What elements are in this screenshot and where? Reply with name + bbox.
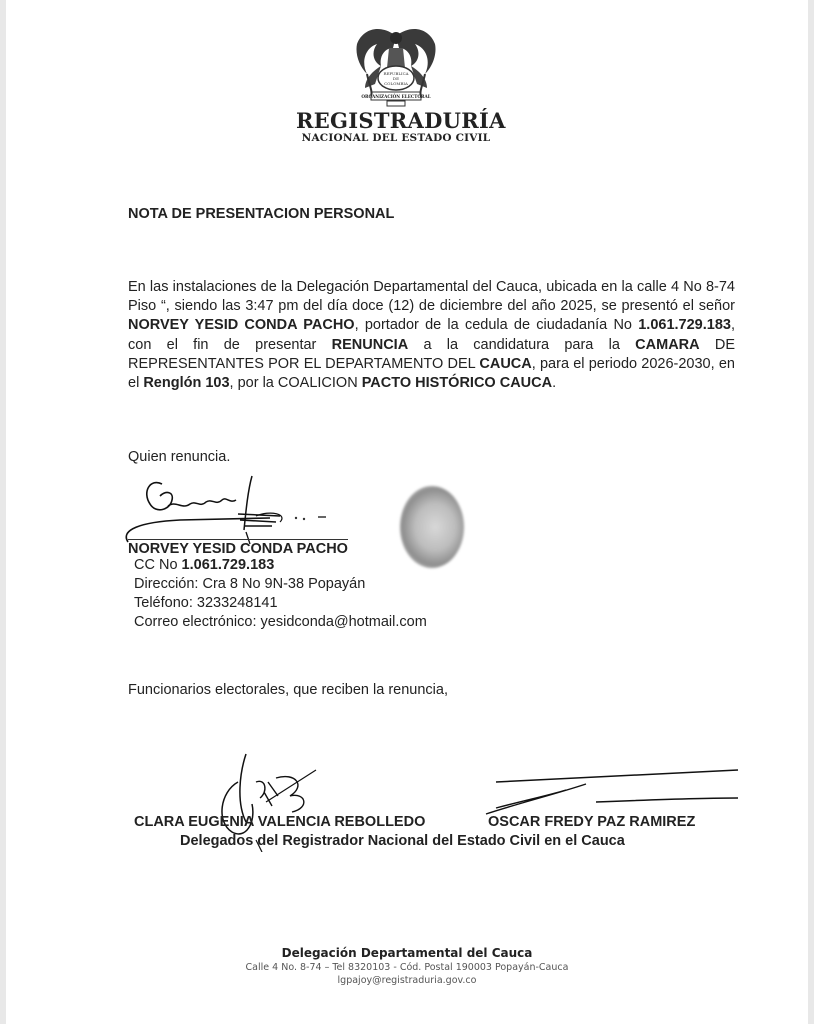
coalition-name: PACTO HISTÓRICO CAUCA: [362, 375, 552, 391]
candidate-signature: [120, 470, 350, 550]
registraduria-logo: REPUBLICA DE COLOMBIA ORGANIZACIÓN ELECT…: [296, 22, 496, 152]
officials-role: Delegados del Registrador Nacional del E…: [180, 833, 625, 849]
brand-subtitle: NACIONAL DEL ESTADO CIVIL: [296, 132, 496, 144]
footer-title: Delegación Departamental del Cauca: [0, 946, 814, 960]
body-text: , portador de la cedula de ciudadanía No: [355, 317, 639, 333]
signer-cc: CC No 1.061.729.183: [134, 557, 274, 573]
candidate-name: NORVEY YESID CONDA PACHO: [128, 317, 355, 333]
body-text: , por la COALICION: [230, 375, 362, 391]
page-footer: Delegación Departamental del Cauca Calle…: [0, 946, 814, 986]
signer-email: Correo electrónico: yesidconda@hotmail.c…: [134, 614, 427, 630]
renuncia-keyword: RENUNCIA: [332, 337, 409, 353]
camara-keyword: CAMARA: [635, 337, 699, 353]
cc-label: CC No: [134, 557, 182, 573]
coat-of-arms-emblem: REPUBLICA DE COLOMBIA ORGANIZACIÓN ELECT…: [351, 22, 441, 110]
quien-renuncia-label: Quien renuncia.: [128, 449, 230, 465]
official-signature-oscar: [476, 760, 746, 820]
fingerprint: [400, 486, 464, 568]
body-text: En las instalaciones de la Delegación De…: [128, 279, 735, 314]
brand-title: REGISTRADURÍA: [296, 108, 496, 133]
svg-text:COLOMBIA: COLOMBIA: [384, 81, 408, 86]
cauca-keyword: CAUCA: [479, 356, 531, 372]
body-text: .: [552, 375, 556, 391]
footer-email: lgpajoy@registraduria.gov.co: [0, 975, 814, 986]
body-paragraph: En las instalaciones de la Delegación De…: [128, 278, 735, 393]
document-page: REPUBLICA DE COLOMBIA ORGANIZACIÓN ELECT…: [6, 0, 808, 1024]
cc-number: 1.061.729.183: [182, 557, 275, 573]
funcionarios-label: Funcionarios electorales, que reciben la…: [128, 682, 448, 698]
official-name-2: OSCAR FREDY PAZ RAMIREZ: [488, 814, 695, 830]
document-title: NOTA DE PRESENTACION PERSONAL: [128, 206, 394, 222]
signer-address: Dirección: Cra 8 No 9N-38 Popayán: [134, 576, 365, 592]
signer-name: NORVEY YESID CONDA PACHO: [128, 539, 348, 557]
id-number: 1.061.729.183: [638, 317, 731, 333]
official-name-1: CLARA EUGENIA VALENCIA REBOLLEDO: [134, 814, 425, 830]
body-text: a la candidatura para la: [408, 337, 635, 353]
renglon-number: Renglón 103: [143, 375, 229, 391]
signer-phone: Teléfono: 3233248141: [134, 595, 278, 611]
footer-address: Calle 4 No. 8-74 – Tel 8320103 - Cód. Po…: [0, 962, 814, 973]
